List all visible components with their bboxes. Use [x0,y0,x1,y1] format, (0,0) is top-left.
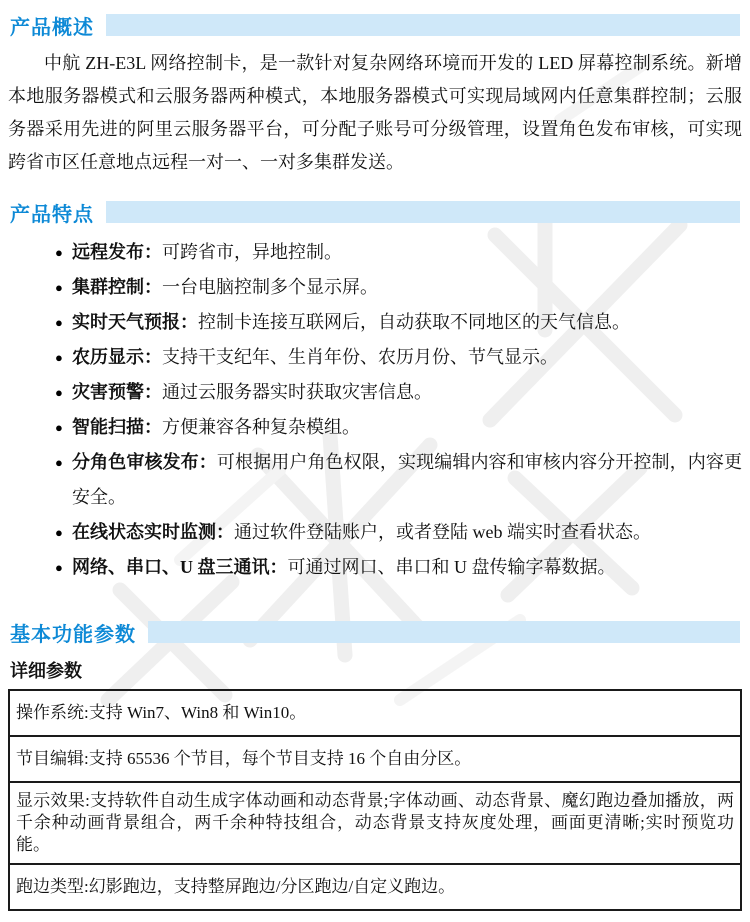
feature-list: ●远程发布：可跨省市，异地控制。 ●集群控制：一台电脑控制多个显示屏。 ●实时天… [55,235,742,585]
feature-text: 方便兼容各种复杂模组。 [162,417,360,437]
parameters-title: 基本功能参数 [10,618,136,647]
feature-label: 集群控制： [72,277,162,297]
feature-label: 农历显示： [72,347,162,367]
feature-label: 网络、串口、U 盘三通讯： [72,557,288,577]
feature-text: 通过软件登陆账户，或者登陆 web 端实时查看状态。 [234,522,651,542]
feature-text: 通过云服务器实时获取灾害信息。 [162,382,432,402]
feature-item: ●智能扫描：方便兼容各种复杂模组。 [55,410,742,445]
feature-item: ●网络、串口、U 盘三通讯：可通过网口、串口和 U 盘传输字幕数据。 [55,550,742,585]
feature-label: 分角色审核发布： [72,452,217,472]
feature-text: 可通过网口、串口和 U 盘传输字幕数据。 [288,557,616,577]
parameters-title-bar [148,621,740,643]
overview-paragraph: 中航 ZH-E3L 网络控制卡，是一款针对复杂网络环境而开发的 LED 屏幕控制… [8,47,742,179]
feature-item: ●远程发布：可跨省市，异地控制。 [55,235,742,270]
bullet-icon: ● [55,445,63,480]
feature-label: 远程发布： [72,242,162,262]
feature-item: ●集群控制：一台电脑控制多个显示屏。 [55,270,742,305]
param-cell-os: 操作系统:支持 Win7、Win8 和 Win10。 [9,690,741,736]
feature-item: ●农历显示：支持干支纪年、生肖年份、农历月份、节气显示。 [55,340,742,375]
table-row: 跑边类型:幻影跑边，支持整屏跑边/分区跑边/自定义跑边。 [9,864,741,910]
feature-text: 控制卡连接互联网后，自动获取不同地区的天气信息。 [198,312,630,332]
table-row: 操作系统:支持 Win7、Win8 和 Win10。 [9,690,741,736]
bullet-icon: ● [55,270,63,305]
feature-item: ●灾害预警：通过云服务器实时获取灾害信息。 [55,375,742,410]
section-header-features: 产品特点 [10,199,740,225]
feature-text: 支持干支纪年、生肖年份、农历月份、节气显示。 [162,347,558,367]
feature-item: ●实时天气预报：控制卡连接互联网后，自动获取不同地区的天气信息。 [55,305,742,340]
param-cell-border-type: 跑边类型:幻影跑边，支持整屏跑边/分区跑边/自定义跑边。 [9,864,741,910]
feature-label: 在线状态实时监测： [72,522,234,542]
feature-label: 智能扫描： [72,417,162,437]
section-header-parameters: 基本功能参数 [10,619,740,645]
features-title: 产品特点 [10,198,94,227]
bullet-icon: ● [55,515,63,550]
feature-text: 一台电脑控制多个显示屏。 [162,277,378,297]
parameters-subtitle: 详细参数 [10,661,740,682]
table-row: 节目编辑:支持 65536 个节目，每个节目支持 16 个自由分区。 [9,736,741,782]
product-page: 产品概述 中航 ZH-E3L 网络控制卡，是一款针对复杂网络环境而开发的 LED… [0,12,750,911]
feature-item: ●分角色审核发布：可根据用户角色权限，实现编辑内容和审核内容分开控制，内容更安全… [55,445,742,515]
bullet-icon: ● [55,550,63,585]
section-header-overview: 产品概述 [10,12,740,38]
overview-title: 产品概述 [10,11,94,40]
bullet-icon: ● [55,235,63,270]
feature-text: 可跨省市，异地控制。 [162,242,342,262]
features-title-bar [106,201,740,223]
overview-title-bar [106,14,740,36]
feature-item: ●在线状态实时监测：通过软件登陆账户，或者登陆 web 端实时查看状态。 [55,515,742,550]
feature-label: 灾害预警： [72,382,162,402]
param-cell-display-effect: 显示效果:支持软件自动生成字体动画和动态背景;字体动画、动态背景、魔幻跑边叠加播… [9,782,741,864]
bullet-icon: ● [55,305,63,340]
table-row: 显示效果:支持软件自动生成字体动画和动态背景;字体动画、动态背景、魔幻跑边叠加播… [9,782,741,864]
feature-label: 实时天气预报： [72,312,198,332]
parameters-table: 操作系统:支持 Win7、Win8 和 Win10。 节目编辑:支持 65536… [8,689,742,911]
bullet-icon: ● [55,340,63,375]
param-cell-program-edit: 节目编辑:支持 65536 个节目，每个节目支持 16 个自由分区。 [9,736,741,782]
bullet-icon: ● [55,375,63,410]
bullet-icon: ● [55,410,63,445]
